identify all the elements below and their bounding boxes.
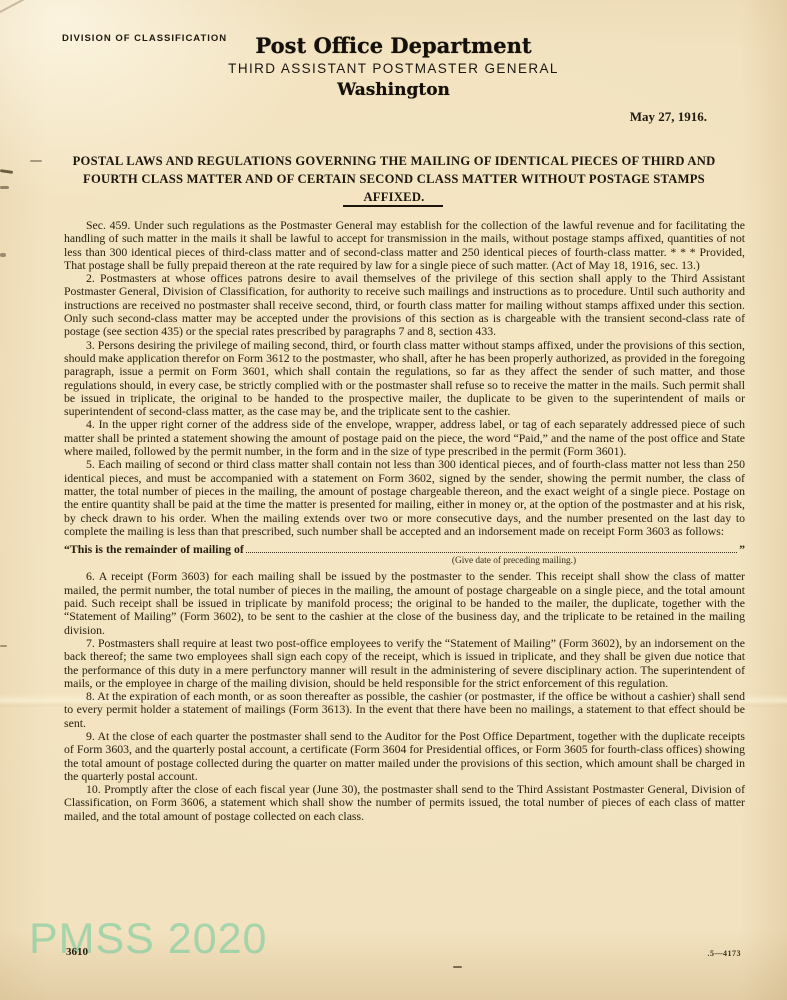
document-body: Sec. 459. Under such regulations as the … [64,219,745,823]
scan-artifact [0,186,9,189]
scan-artifact [30,160,42,162]
paragraph-9: 9. At the close of each quarter the post… [64,730,745,783]
dotted-fill-in-line [246,552,737,553]
paragraph-6: 6. A receipt (Form 3603) for each mailin… [64,570,745,636]
paragraph-2: 2. Postmasters at whose offices patrons … [64,272,745,338]
scan-artifact [0,169,13,174]
paragraph-5: 5. Each mailing of second or third class… [64,458,745,538]
fill-in-caption: (Give date of preceding mailing.) [314,556,714,566]
department-title: Post Office Department [0,33,787,58]
paragraph-sec-459: Sec. 459. Under such regulations as the … [64,219,745,272]
scan-artifact [453,966,462,968]
indorsement-quote: “This is the remainder of mailing of ” (… [64,543,745,566]
form-number: 3610 [66,946,88,958]
document-title: POSTAL LAWS AND REGULATIONS GOVERNING TH… [54,152,734,206]
date-line: May 27, 1916. [630,109,707,125]
corner-crease-artifact [0,0,38,15]
scan-artifact [0,253,6,257]
paragraph-8: 8. At the expiration of each month, or a… [64,690,745,730]
office-subtitle: THIRD ASSISTANT POSTMASTER GENERAL [0,61,787,76]
paragraph-3: 3. Persons desiring the privilege of mai… [64,339,745,419]
indorsement-quote-lead: “This is the remainder of mailing of [64,543,244,556]
paragraph-4: 4. In the upper right corner of the addr… [64,418,745,458]
city-line: Washington [0,80,787,100]
watermark: PMSS 2020 [29,915,267,964]
paragraph-7: 7. Postmasters shall require at least tw… [64,637,745,690]
title-rule [343,205,443,207]
paragraph-10: 10. Promptly after the close of each fis… [64,783,745,823]
indorsement-quote-close: ” [739,543,745,556]
print-code: .5—4173 [708,949,742,958]
document-page: DIVISION OF CLASSIFICATION Post Office D… [0,0,787,1000]
indorsement-quote-line: “This is the remainder of mailing of ” [64,543,745,556]
scan-artifact [0,645,7,647]
